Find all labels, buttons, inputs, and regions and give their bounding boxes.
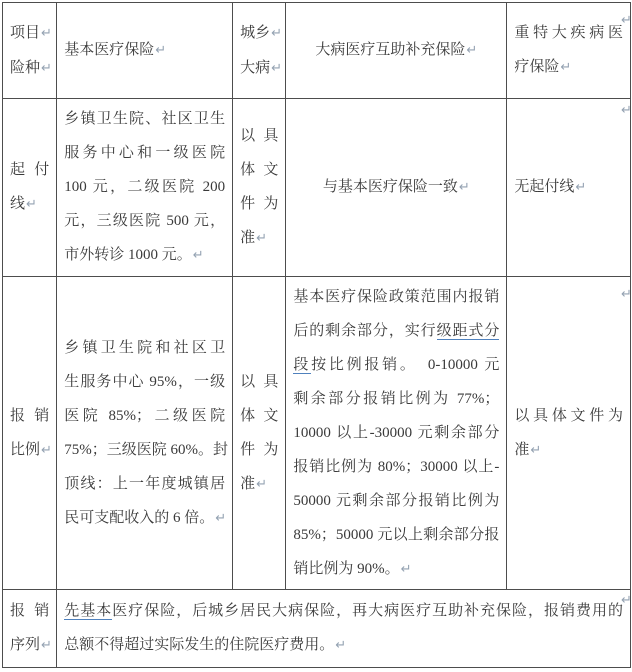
text-line: 100 元，二级医院 200 <box>64 170 225 204</box>
text-segment: 医院 85%；二级医院 <box>64 408 225 424</box>
row-qifuxian: 起付线↵ 乡镇卫生院、社区卫生服务中心和一级医院100 元，二级医院 200元，… <box>3 99 631 277</box>
text-line: 10000 以上-30000 元剩余部分 <box>293 416 499 450</box>
text-line: 比例↵ <box>10 433 49 468</box>
text-segment: 准 <box>514 442 529 458</box>
text-segment: 以具 <box>240 374 278 390</box>
text-segment: 75%；三级医院 60%。封 <box>64 442 228 458</box>
text-line: 城乡↵ <box>240 16 278 51</box>
text-line: 乡镇卫生院、社区卫生 <box>64 102 225 136</box>
text-segment: 无起付线 <box>514 179 574 195</box>
header-row: 项目↵险种↵ 基本医疗保险↵ 城乡↵大病↵ 大病医疗互助补充保险↵ 重特大疾病医… <box>3 3 631 99</box>
paragraph-mark: ↵ <box>256 231 267 246</box>
text-line: 50000 元剩余部分报销比例为 <box>293 484 499 518</box>
paragraph-mark: ↵ <box>335 638 346 653</box>
text-line: 基本医疗保险↵ <box>64 33 225 68</box>
text-line: 大病↵ <box>240 51 278 86</box>
cell-qifuxian-jiben[interactable]: 乡镇卫生院、社区卫生服务中心和一级医院100 元，二级医院 200元，三级医院 … <box>57 99 233 277</box>
text-line: 服务中心和一级医院 <box>64 136 225 170</box>
text-segment: 医疗保险，后城乡居民大病保险，再大病医疗互助补充保险，报销费用的 <box>112 603 623 619</box>
cell-bili-jiben[interactable]: 乡镇卫生院和社区卫生服务中心 95%，一级医院 85%；二级医院75%；三级医院… <box>57 277 233 590</box>
text-segment: 疗保险 <box>514 59 559 75</box>
text-line: 报销比例为 80%；30000 以上- <box>293 450 499 484</box>
text-segment: 险种 <box>10 60 40 76</box>
row-end-paragraph-mark: ↵ <box>621 14 632 27</box>
text-line: 总额不得超过实际发生的住院医疗费用。↵ <box>64 628 623 663</box>
paragraph-mark: ↵ <box>530 443 541 458</box>
text-line: 报销 <box>10 399 49 433</box>
cell-header-xiangmu-xianzhong[interactable]: 项目↵险种↵ <box>3 3 57 99</box>
text-line: 线↵ <box>10 187 49 222</box>
paragraph-mark: ↵ <box>575 180 586 195</box>
text-segment: 生服务中心 95%，一级 <box>64 374 225 390</box>
text-segment: 50000 元剩余部分报销比例为 <box>293 493 499 509</box>
text-line: 基本医疗保险政策范围内报销 <box>293 280 499 314</box>
paragraph-mark: ↵ <box>41 61 52 76</box>
row-baoxiao-xulie: 报销序列↵ 先基本医疗保险，后城乡居民大病保险，再大病医疗互助补充保险，报销费用… <box>3 590 631 668</box>
text-line: 后的剩余部分，实行级距式分 <box>293 314 499 348</box>
text-line: 85%；50000 元以上剩余部分报 <box>293 518 499 552</box>
text-segment: 乡镇卫生院、社区卫生 <box>64 111 225 127</box>
text-line: 以具体文件为 <box>514 399 623 433</box>
text-segment: 城乡 <box>240 25 270 41</box>
text-line: 重特大疾病医 <box>514 16 623 50</box>
text-segment: 体文 <box>240 162 278 178</box>
text-line: 与基本医疗保险一致↵ <box>293 170 499 205</box>
document-page: 项目↵险种↵ 基本医疗保险↵ 城乡↵大病↵ 大病医疗互助补充保险↵ 重特大疾病医… <box>0 0 632 672</box>
text-segment: 元，三级医院 500 元， <box>64 213 225 229</box>
cell-qifuxian-zhongteda[interactable]: 无起付线↵ <box>507 99 631 277</box>
text-line: 75%；三级医院 60%。封 <box>64 433 225 467</box>
paragraph-mark: ↵ <box>41 26 52 41</box>
text-segment: 件为 <box>240 442 278 458</box>
text-segment: 基本医疗保险政策范围内报销 <box>293 289 499 305</box>
row-end-paragraph-mark: ↵ <box>621 104 632 117</box>
text-line: 元，三级医院 500 元， <box>64 204 225 238</box>
text-line: 以具 <box>240 119 278 153</box>
cell-qifuxian-label[interactable]: 起付线↵ <box>3 99 57 277</box>
text-line: 市外转诊 1000 元。↵ <box>64 238 225 273</box>
paragraph-mark: ↵ <box>466 43 477 58</box>
text-line: 先基本医疗保险，后城乡居民大病保险，再大病医疗互助补充保险，报销费用的 <box>64 594 623 628</box>
paragraph-mark: ↵ <box>256 477 267 492</box>
text-segment: 报销 <box>10 603 49 619</box>
text-line: 医院 85%；二级医院 <box>64 399 225 433</box>
text-line: 无起付线↵ <box>514 170 623 205</box>
text-line: 序列↵ <box>10 628 49 663</box>
text-segment: 线 <box>10 196 25 212</box>
cell-xulie-shuoming[interactable]: 先基本医疗保险，后城乡居民大病保险，再大病医疗互助补充保险，报销费用的总额不得超… <box>57 590 631 668</box>
text-segment: 以具体文件为 <box>514 408 623 424</box>
text-segment: 起付 <box>10 162 49 178</box>
text-segment: 报销比例为 80%；30000 以上- <box>293 459 499 475</box>
paragraph-mark: ↵ <box>271 26 282 41</box>
paragraph-mark: ↵ <box>401 562 412 577</box>
text-segment: 大病医疗互助补充保险 <box>315 42 465 58</box>
text-segment: 10000 以上-30000 元剩余部分 <box>293 425 499 441</box>
text-line: 大病医疗互助补充保险↵ <box>293 33 499 68</box>
text-line: 险种↵ <box>10 51 49 86</box>
text-line: 准↵ <box>514 433 623 468</box>
cell-xulie-label[interactable]: 报销序列↵ <box>3 590 57 668</box>
text-line: 销比例为 90%。↵ <box>293 552 499 587</box>
paragraph-mark: ↵ <box>155 43 166 58</box>
text-segment: 以具 <box>240 128 278 144</box>
text-line: 剩余部分报销比例为 77%； <box>293 382 499 416</box>
row-baoxiao-bili: 报销比例↵ 乡镇卫生院和社区卫生服务中心 95%，一级医院 85%；二级医院75… <box>3 277 631 590</box>
text-segment: 销比例为 90%。 <box>293 561 399 577</box>
cell-header-chengxiang-dabing[interactable]: 城乡↵大病↵ <box>233 3 286 99</box>
paragraph-mark: ↵ <box>41 638 52 653</box>
cell-header-zhongteda-jibing[interactable]: 重特大疾病医疗保险↵ <box>507 3 631 99</box>
text-segment: 总额不得超过实际发生的住院医疗费用。 <box>64 637 334 653</box>
text-segment: 准 <box>240 476 255 492</box>
paragraph-mark: ↵ <box>560 60 571 75</box>
paragraph-mark: ↵ <box>41 443 52 458</box>
text-line: 乡镇卫生院和社区卫 <box>64 331 225 365</box>
cell-header-dabing-huzhu[interactable]: 大病医疗互助补充保险↵ <box>286 3 507 99</box>
text-line: 段按比例报销。 0-10000 元 <box>293 348 499 382</box>
text-line: 体文 <box>240 153 278 187</box>
text-segment: 顶线：上一年度城镇居 <box>64 476 225 492</box>
text-segment: 85%；50000 元以上剩余部分报 <box>293 527 499 543</box>
cell-bili-label[interactable]: 报销比例↵ <box>3 277 57 590</box>
text-line: 报销 <box>10 594 49 628</box>
row-end-paragraph-mark: ↵ <box>621 594 632 607</box>
underlined-text: 级距式分 <box>437 323 500 340</box>
text-line: 准↵ <box>240 467 278 502</box>
paragraph-mark: ↵ <box>215 511 226 526</box>
text-segment: 100 元，二级医院 200 <box>64 179 225 195</box>
text-line: 顶线：上一年度城镇居 <box>64 467 225 501</box>
text-line: 件为 <box>240 433 278 467</box>
text-line: 项目↵ <box>10 16 49 51</box>
cell-bili-chengxiang[interactable]: 以具体文件为准↵ <box>233 277 286 590</box>
text-segment: 民可支配收入的 6 倍。 <box>64 510 214 526</box>
text-segment: 与基本医疗保险一致 <box>323 179 458 195</box>
text-line: 准↵ <box>240 221 278 256</box>
text-segment: 市外转诊 1000 元。 <box>64 247 192 263</box>
underlined-text: 段 <box>293 357 311 374</box>
paragraph-mark: ↵ <box>26 197 37 212</box>
cell-header-jiben-yiliao[interactable]: 基本医疗保险↵ <box>57 3 233 99</box>
text-segment: 重特大疾病医 <box>514 25 623 41</box>
text-segment: 比例 <box>10 442 40 458</box>
text-segment: 准 <box>240 230 255 246</box>
text-segment: 服务中心和一级医院 <box>64 145 225 161</box>
row-end-paragraph-mark: ↵ <box>621 288 632 301</box>
cell-qifuxian-chengxiang[interactable]: 以具体文件为准↵ <box>233 99 286 277</box>
text-segment: 项目 <box>10 25 40 41</box>
text-line: 生服务中心 95%，一级 <box>64 365 225 399</box>
text-segment: 基本医疗保险 <box>64 42 154 58</box>
paragraph-mark: ↵ <box>271 61 282 76</box>
insurance-comparison-table: 项目↵险种↵ 基本医疗保险↵ 城乡↵大病↵ 大病医疗互助补充保险↵ 重特大疾病医… <box>2 2 631 668</box>
text-line: 件为 <box>240 187 278 221</box>
paragraph-mark: ↵ <box>459 180 470 195</box>
text-line: 起付 <box>10 153 49 187</box>
text-segment: 按比例报销。 0-10000 元 <box>311 357 499 373</box>
text-segment: 剩余部分报销比例为 77%； <box>293 391 499 407</box>
text-line: 以具 <box>240 365 278 399</box>
text-line: 疗保险↵ <box>514 50 623 85</box>
text-segment: 体文 <box>240 408 278 424</box>
text-segment: 乡镇卫生院和社区卫 <box>64 340 225 356</box>
text-segment: 大病 <box>240 60 270 76</box>
cell-qifuxian-huzhu[interactable]: 与基本医疗保险一致↵ <box>286 99 507 277</box>
underlined-text: 先基本 <box>64 603 112 620</box>
text-segment: 序列 <box>10 637 40 653</box>
text-segment: 后的剩余部分，实行 <box>293 323 436 339</box>
text-line: 民可支配收入的 6 倍。↵ <box>64 501 225 536</box>
cell-bili-huzhu[interactable]: 基本医疗保险政策范围内报销后的剩余部分，实行级距式分段按比例报销。 0-1000… <box>286 277 507 590</box>
text-segment: 件为 <box>240 196 278 212</box>
text-line: 体文 <box>240 399 278 433</box>
paragraph-mark: ↵ <box>193 248 204 263</box>
text-segment: 报销 <box>10 408 49 424</box>
cell-bili-zhongteda[interactable]: 以具体文件为准↵ <box>507 277 631 590</box>
